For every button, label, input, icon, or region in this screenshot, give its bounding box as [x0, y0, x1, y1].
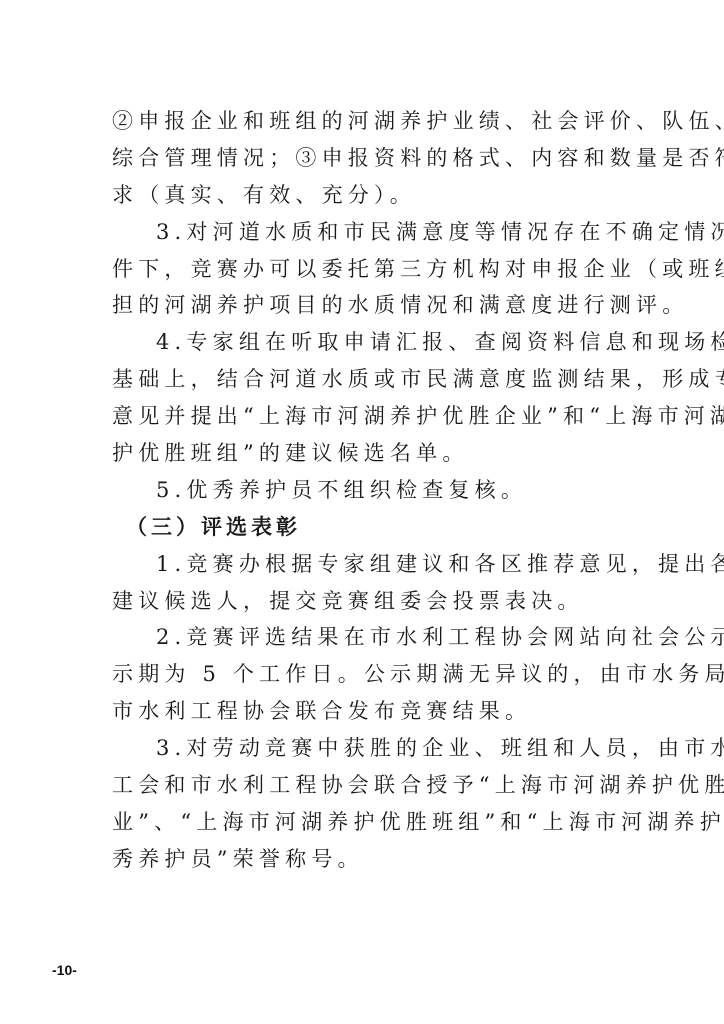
text-line: 担的河湖养护项目的水质情况和满意度进行测评。: [112, 287, 614, 324]
text-line: 工会和市水利工程协会联合授予“上海市河湖养护优胜企: [112, 767, 614, 804]
text-line: 求（真实、有效、充分）。: [112, 177, 614, 214]
text-line: 2.竞赛评选结果在市水利工程协会网站向社会公示，公: [112, 619, 614, 656]
text-line: 护优胜班组”的建议候选名单。: [112, 435, 614, 472]
text-line: 4.专家组在听取申请汇报、查阅资料信息和现场检查的: [112, 324, 614, 361]
text-line: 件下，竞赛办可以委托第三方机构对申报企业（或班组）承: [112, 251, 614, 288]
body-text: ②申报企业和班组的河湖养护业绩、社会评价、队伍、装备、 综合管理情况；③申报资料…: [112, 103, 614, 878]
text-line: 示期为 5 个工作日。公示期满无异议的，由市水务局工会和: [112, 656, 614, 693]
section-heading: （三）评选表彰: [112, 509, 614, 546]
document-page: ②申报企业和班组的河湖养护业绩、社会评价、队伍、装备、 综合管理情况；③申报资料…: [0, 0, 724, 1024]
text-line: 3.对河道水质和市民满意度等情况存在不确定情况条: [112, 214, 614, 251]
page-number: -10-: [52, 962, 77, 978]
text-line: 业”、“上海市河湖养护优胜班组”和“上海市河湖养护优: [112, 804, 614, 841]
text-line: 基础上，结合河道水质或市民满意度监测结果，形成专家组: [112, 361, 614, 398]
text-line: 建议候选人，提交竞赛组委会投票表决。: [112, 583, 614, 620]
text-line: 意见并提出“上海市河湖养护优胜企业”和“上海市河湖养: [112, 398, 614, 435]
text-line: 综合管理情况；③申报资料的格式、内容和数量是否符合要: [112, 140, 614, 177]
text-line: ②申报企业和班组的河湖养护业绩、社会评价、队伍、装备、: [112, 103, 614, 140]
text-line: 1.竞赛办根据专家组建议和各区推荐意见，提出各奖项: [112, 546, 614, 583]
text-line: 秀养护员”荣誉称号。: [112, 841, 614, 878]
text-line: 市水利工程协会联合发布竞赛结果。: [112, 693, 614, 730]
text-line: 5.优秀养护员不组织检查复核。: [112, 472, 614, 509]
text-line: 3.对劳动竞赛中获胜的企业、班组和人员，由市水务局: [112, 730, 614, 767]
